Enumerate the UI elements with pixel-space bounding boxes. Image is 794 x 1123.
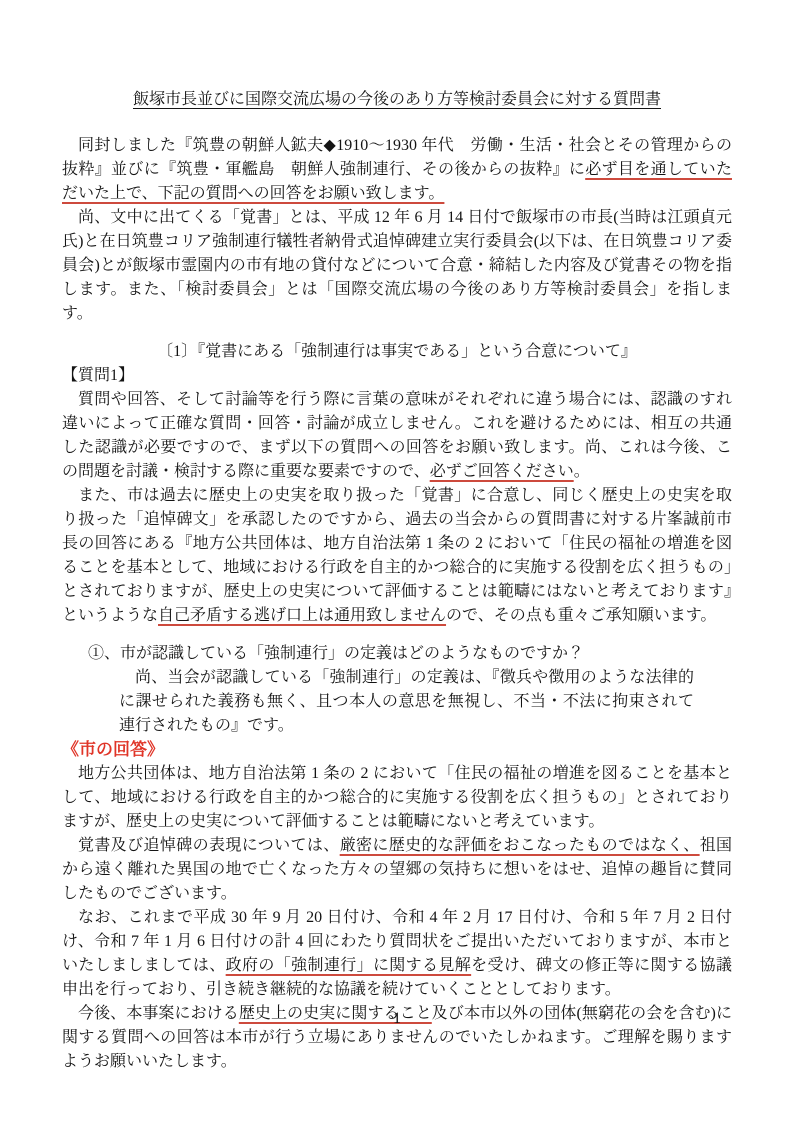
- city-answer-paragraph-3: なお、これまで平成 30 年 9 月 20 日付け、令和 4 年 2 月 17 …: [62, 906, 732, 1002]
- intro-paragraph-2: 尚、文中に出てくる「覚書」とは、平成 12 年 6 月 14 日付で飯塚市の市長…: [62, 206, 732, 326]
- red-underline-emphasis: 政府の「強制連行」に関する見解: [226, 957, 471, 974]
- question-1-item-1: ①、市が認識している「強制連行」の定義はどのようなものですか？: [88, 642, 732, 666]
- text-run: 地方公共団体は、地方自治法第 1 条の 2 において「住民の福祉の増進を図ること…: [62, 765, 732, 830]
- city-answer-paragraph-2: 覚書及び追悼碑の表現については、厳密に歴史的な評価をおこなったものではなく、祖国…: [62, 834, 732, 906]
- question-1-paragraph-1: 質問や回答、そして討論等を行う際に言葉の意味がそれぞれに違う場合には、認識のすれ…: [62, 388, 732, 484]
- text-run: 覚書及び追悼碑の表現については、: [78, 837, 340, 854]
- document-page: 飯塚市長並びに国際交流広場の今後のあり方等検討委員会に対する質問書 同封しました…: [0, 0, 794, 1123]
- text-run: ①、市が認識している「強制連行」の定義はどのようなものですか？: [88, 645, 584, 662]
- text-run: また、市は過去に歴史上の史実を取り扱った「覚書」に合意し、同じく歴史上の史実を取…: [62, 487, 732, 624]
- text-run: 尚、文中に出てくる「覚書」とは、平成 12 年 6 月 14 日付で飯塚市の市長…: [62, 209, 732, 322]
- text-run: 。: [574, 463, 590, 480]
- text-run: ので、その点も重々ご承知願います。: [446, 607, 716, 624]
- red-underline-emphasis: 自己矛盾する逃げ口上は通用致しません: [158, 607, 446, 624]
- page-title: 飯塚市長並びに国際交流広場の今後のあり方等検討委員会に対する質問書: [62, 88, 732, 112]
- city-answer-paragraph-1: 地方公共団体は、地方自治法第 1 条の 2 において「住民の福祉の増進を図ること…: [62, 762, 732, 834]
- question-1-paragraph-2: また、市は過去に歴史上の史実を取り扱った「覚書」に合意し、同じく歴史上の史実を取…: [62, 484, 732, 628]
- text-run: 尚、当会が認識している「強制連行」の定義は、『徴兵や徴用のような法律的に課せられ…: [119, 669, 694, 734]
- page-number: 1: [0, 1007, 794, 1031]
- question-1-label: 【質問1】: [62, 364, 732, 388]
- section-1-heading: 〔1〕『覚書にある「強制連行は事実である」という合意について』: [62, 340, 732, 364]
- text-run: 質問や回答、そして討論等を行う際に言葉の意味がそれぞれに違う場合には、認識のすれ…: [62, 391, 732, 480]
- city-answer-heading: 《市の回答》: [62, 738, 732, 762]
- intro-paragraph-1: 同封しました『筑豊の朝鮮人鉱夫◆1910～1930 年代 労働・生活・社会とその…: [62, 134, 732, 206]
- red-underline-emphasis: 厳密に歴史的な評価をおこなったものではなく、: [340, 837, 700, 854]
- question-1-item-1-note: 尚、当会が認識している「強制連行」の定義は、『徴兵や徴用のような法律的に課せられ…: [119, 666, 694, 738]
- red-underline-emphasis: 必ずご回答ください: [430, 463, 574, 480]
